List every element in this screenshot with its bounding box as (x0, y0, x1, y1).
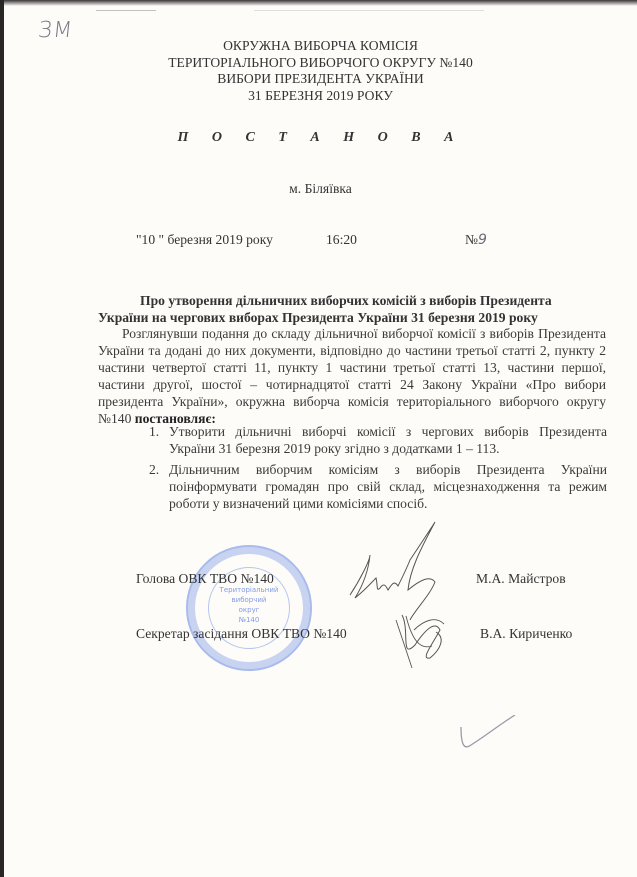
document-number: №9 (465, 232, 487, 248)
list-item-number: 2. (149, 461, 159, 478)
list-item: 2. Дільничним виборчим комісіям з виборі… (149, 461, 607, 512)
header-line: 31 БЕРЕЗНЯ 2019 РОКУ (4, 88, 637, 105)
document-title: П О С Т А Н О В А (4, 130, 637, 146)
list-item-text: Утворити дільничні виборчі комісії з чер… (169, 424, 607, 456)
stamp-line: №140 (188, 615, 310, 625)
document-time: 16:20 (326, 232, 357, 248)
number-label: № (465, 232, 478, 247)
subject-line: Про утворення дільничних виборчих комісі… (120, 292, 604, 309)
commission-header: ОКРУЖНА ВИБОРЧА КОМІСІЯ ТЕРИТОРІАЛЬНОГО … (4, 38, 637, 104)
city-name: м. Біляївка (4, 181, 637, 197)
header-line: ВИБОРИ ПРЕЗИДЕНТА УКРАЇНИ (4, 71, 637, 88)
scan-edge-shadow (4, 0, 637, 6)
signature-chairman-icon (340, 520, 450, 670)
chairman-name: М.А. Майстров (476, 571, 566, 587)
subject-line: України на чергових виборах Президента У… (98, 309, 582, 326)
list-item-text: Дільничним виборчим комісіям з виборів П… (169, 462, 607, 511)
resolution-subject: Про утворення дільничних виборчих комісі… (122, 292, 604, 326)
stamp-text: Територіальний виборчий округ №140 (188, 585, 310, 625)
stamp-line: округ (188, 605, 310, 615)
secretary-name: В.А. Кириченко (480, 626, 572, 642)
header-line: ОКРУЖНА ВИБОРЧА КОМІСІЯ (4, 38, 637, 55)
document-date: "10 " березня 2019 року (136, 232, 273, 248)
checkmark-icon (459, 715, 519, 765)
resolution-list: 1. Утворити дільничні виборчі комісії з … (149, 423, 607, 516)
list-item: 1. Утворити дільничні виборчі комісії з … (149, 423, 607, 457)
number-value-handwritten: 9 (478, 232, 487, 248)
preamble: Розглянувши подання до складу дільничної… (98, 325, 606, 427)
secretary-role: Секретар засідання ОВК ТВО №140 (136, 626, 347, 642)
header-line: ТЕРИТОРІАЛЬНОГО ВИБОРЧОГО ОКРУГУ №140 (4, 55, 637, 72)
scan-artifact (254, 10, 484, 11)
chairman-role: Голова ОВК ТВО №140 (136, 571, 274, 587)
official-stamp: Територіальний виборчий округ №140 (186, 545, 312, 671)
document-page: ЗМ ОКРУЖНА ВИБОРЧА КОМІСІЯ ТЕРИТОРІАЛЬНО… (4, 0, 637, 877)
scan-artifact (96, 10, 156, 11)
list-item-number: 1. (149, 423, 159, 440)
stamp-line: виборчий (188, 595, 310, 605)
